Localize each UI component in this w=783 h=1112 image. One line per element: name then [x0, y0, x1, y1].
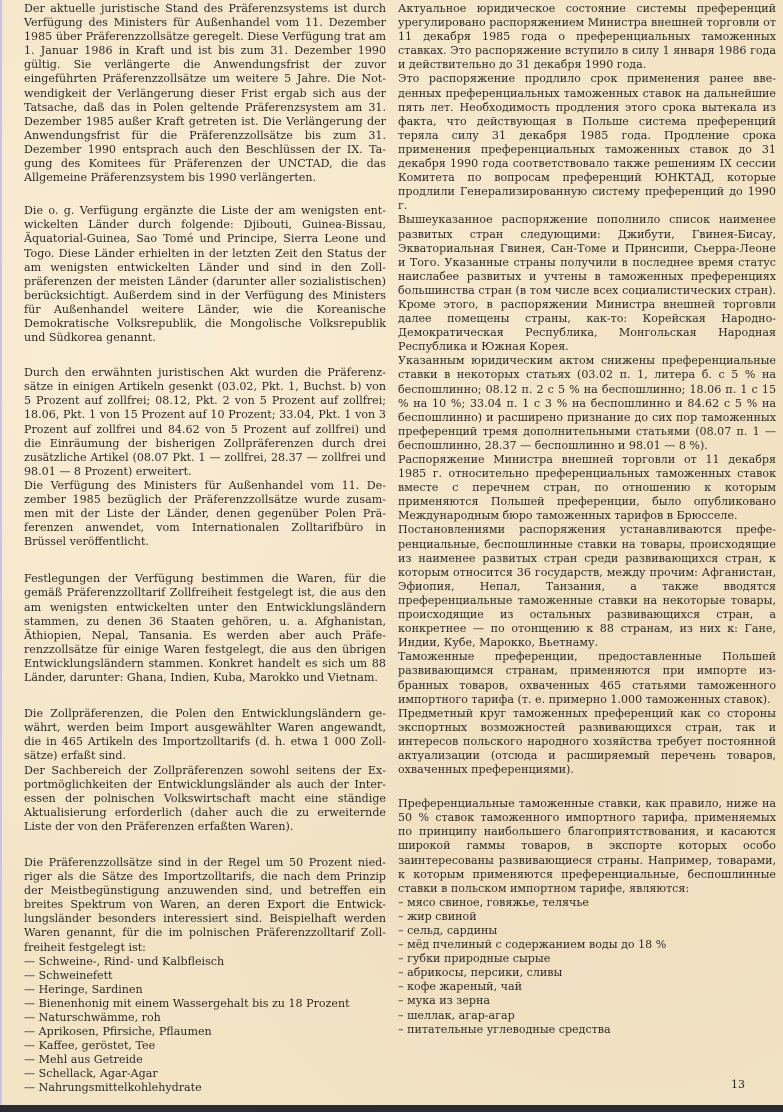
paragraph-legal-status: Der aktuelle juristische Stand des Präfe… — [24, 2, 386, 185]
paragraph-rates-lower: Die Präferenzzollsätze sind in der Regel… — [24, 856, 386, 955]
list-item: шеллак, агар-агар — [398, 1009, 776, 1023]
scanner-border — [0, 1105, 783, 1112]
list-item: Nahrungsmittelkohlehydrate — [24, 1081, 386, 1095]
goods-list-ru: мясо свиное, говяжье, телячье жир свиной… — [398, 896, 776, 1037]
paragraph-publication-ru: Распоряжение Министра внешней торговли о… — [398, 453, 776, 523]
page-number: 13 — [731, 1078, 745, 1091]
list-item: мясо свиное, говяжье, телячье — [398, 896, 776, 910]
document-page: Der aktuelle juristische Stand des Präfe… — [0, 0, 783, 1105]
paragraph-rates-lower-ru: Преференциальные таможенные ставки, как … — [398, 797, 776, 896]
paragraph-rate-reductions-ru: Указанным юридическим актом снижены преф… — [398, 354, 776, 453]
list-item: мука из зерна — [398, 994, 776, 1008]
list-item: Bienenhonig mit einem Wassergehalt bis z… — [24, 997, 386, 1011]
list-item: жир свиной — [398, 910, 776, 924]
list-item: кофе жареный, чай — [398, 980, 776, 994]
paragraph-country-list-ru: Вышеуказанное распоряжение пополнило спи… — [398, 213, 776, 354]
paragraph-publication: Die Verfügung des Ministers für Außenhan… — [24, 479, 386, 549]
german-column: Der aktuelle juristische Stand des Präfe… — [24, 2, 386, 1096]
list-item: губки природные сырые — [398, 952, 776, 966]
list-item: Aprikosen, Pfirsiche, Pflaumen — [24, 1025, 386, 1039]
list-item: сельд, сардины — [398, 924, 776, 938]
paragraph-rate-reductions: Durch den erwähnten juristischen Akt wur… — [24, 366, 386, 479]
list-item: Naturschwämme, roh — [24, 1011, 386, 1025]
list-item: Mehl aus Getreide — [24, 1053, 386, 1067]
list-item: мёд пчелиный с содержанием воды до 18 % — [398, 938, 776, 952]
paragraph-import-articles: Die Zollpräferenzen, die Polen den Entwi… — [24, 707, 386, 763]
russian-column: Актуальное юридическое состояние системы… — [398, 2, 776, 1037]
list-item: абрикосы, персики, сливы — [398, 966, 776, 980]
list-item: Schellack, Agar-Agar — [24, 1067, 386, 1081]
list-item: Kaffee, geröstet, Tee — [24, 1039, 386, 1053]
list-item: Schweinefett — [24, 969, 386, 983]
paragraph-import-articles-ru: Таможенные преференции, предоставленные … — [398, 650, 776, 706]
goods-list-de: Schweine-, Rind- und Kalbfleisch Schwein… — [24, 955, 386, 1096]
paragraph-country-list: Die o. g. Verfügung ergänzte die Liste d… — [24, 204, 386, 345]
paragraph-duty-free-goods-ru: Постановлениями распоряжения устанавлива… — [398, 523, 776, 650]
scan-edge — [0, 0, 2, 1105]
list-item: Schweine-, Rind- und Kalbfleisch — [24, 955, 386, 969]
paragraph-actualization: Der Sachbereich der Zollpräferenzen sowo… — [24, 764, 386, 834]
paragraph-duty-free-goods: Festlegungen der Verfügung bestimmen die… — [24, 572, 386, 685]
list-item: Heringe, Sardinen — [24, 983, 386, 997]
paragraph-extension-ru: Это распоряжение продлило срок применени… — [398, 72, 776, 213]
paragraph-legal-status-ru: Актуальное юридическое состояние системы… — [398, 2, 776, 72]
paragraph-actualization-ru: Предметный круг таможенных преференций к… — [398, 707, 776, 777]
list-item: питательные углеводные средства — [398, 1023, 776, 1037]
